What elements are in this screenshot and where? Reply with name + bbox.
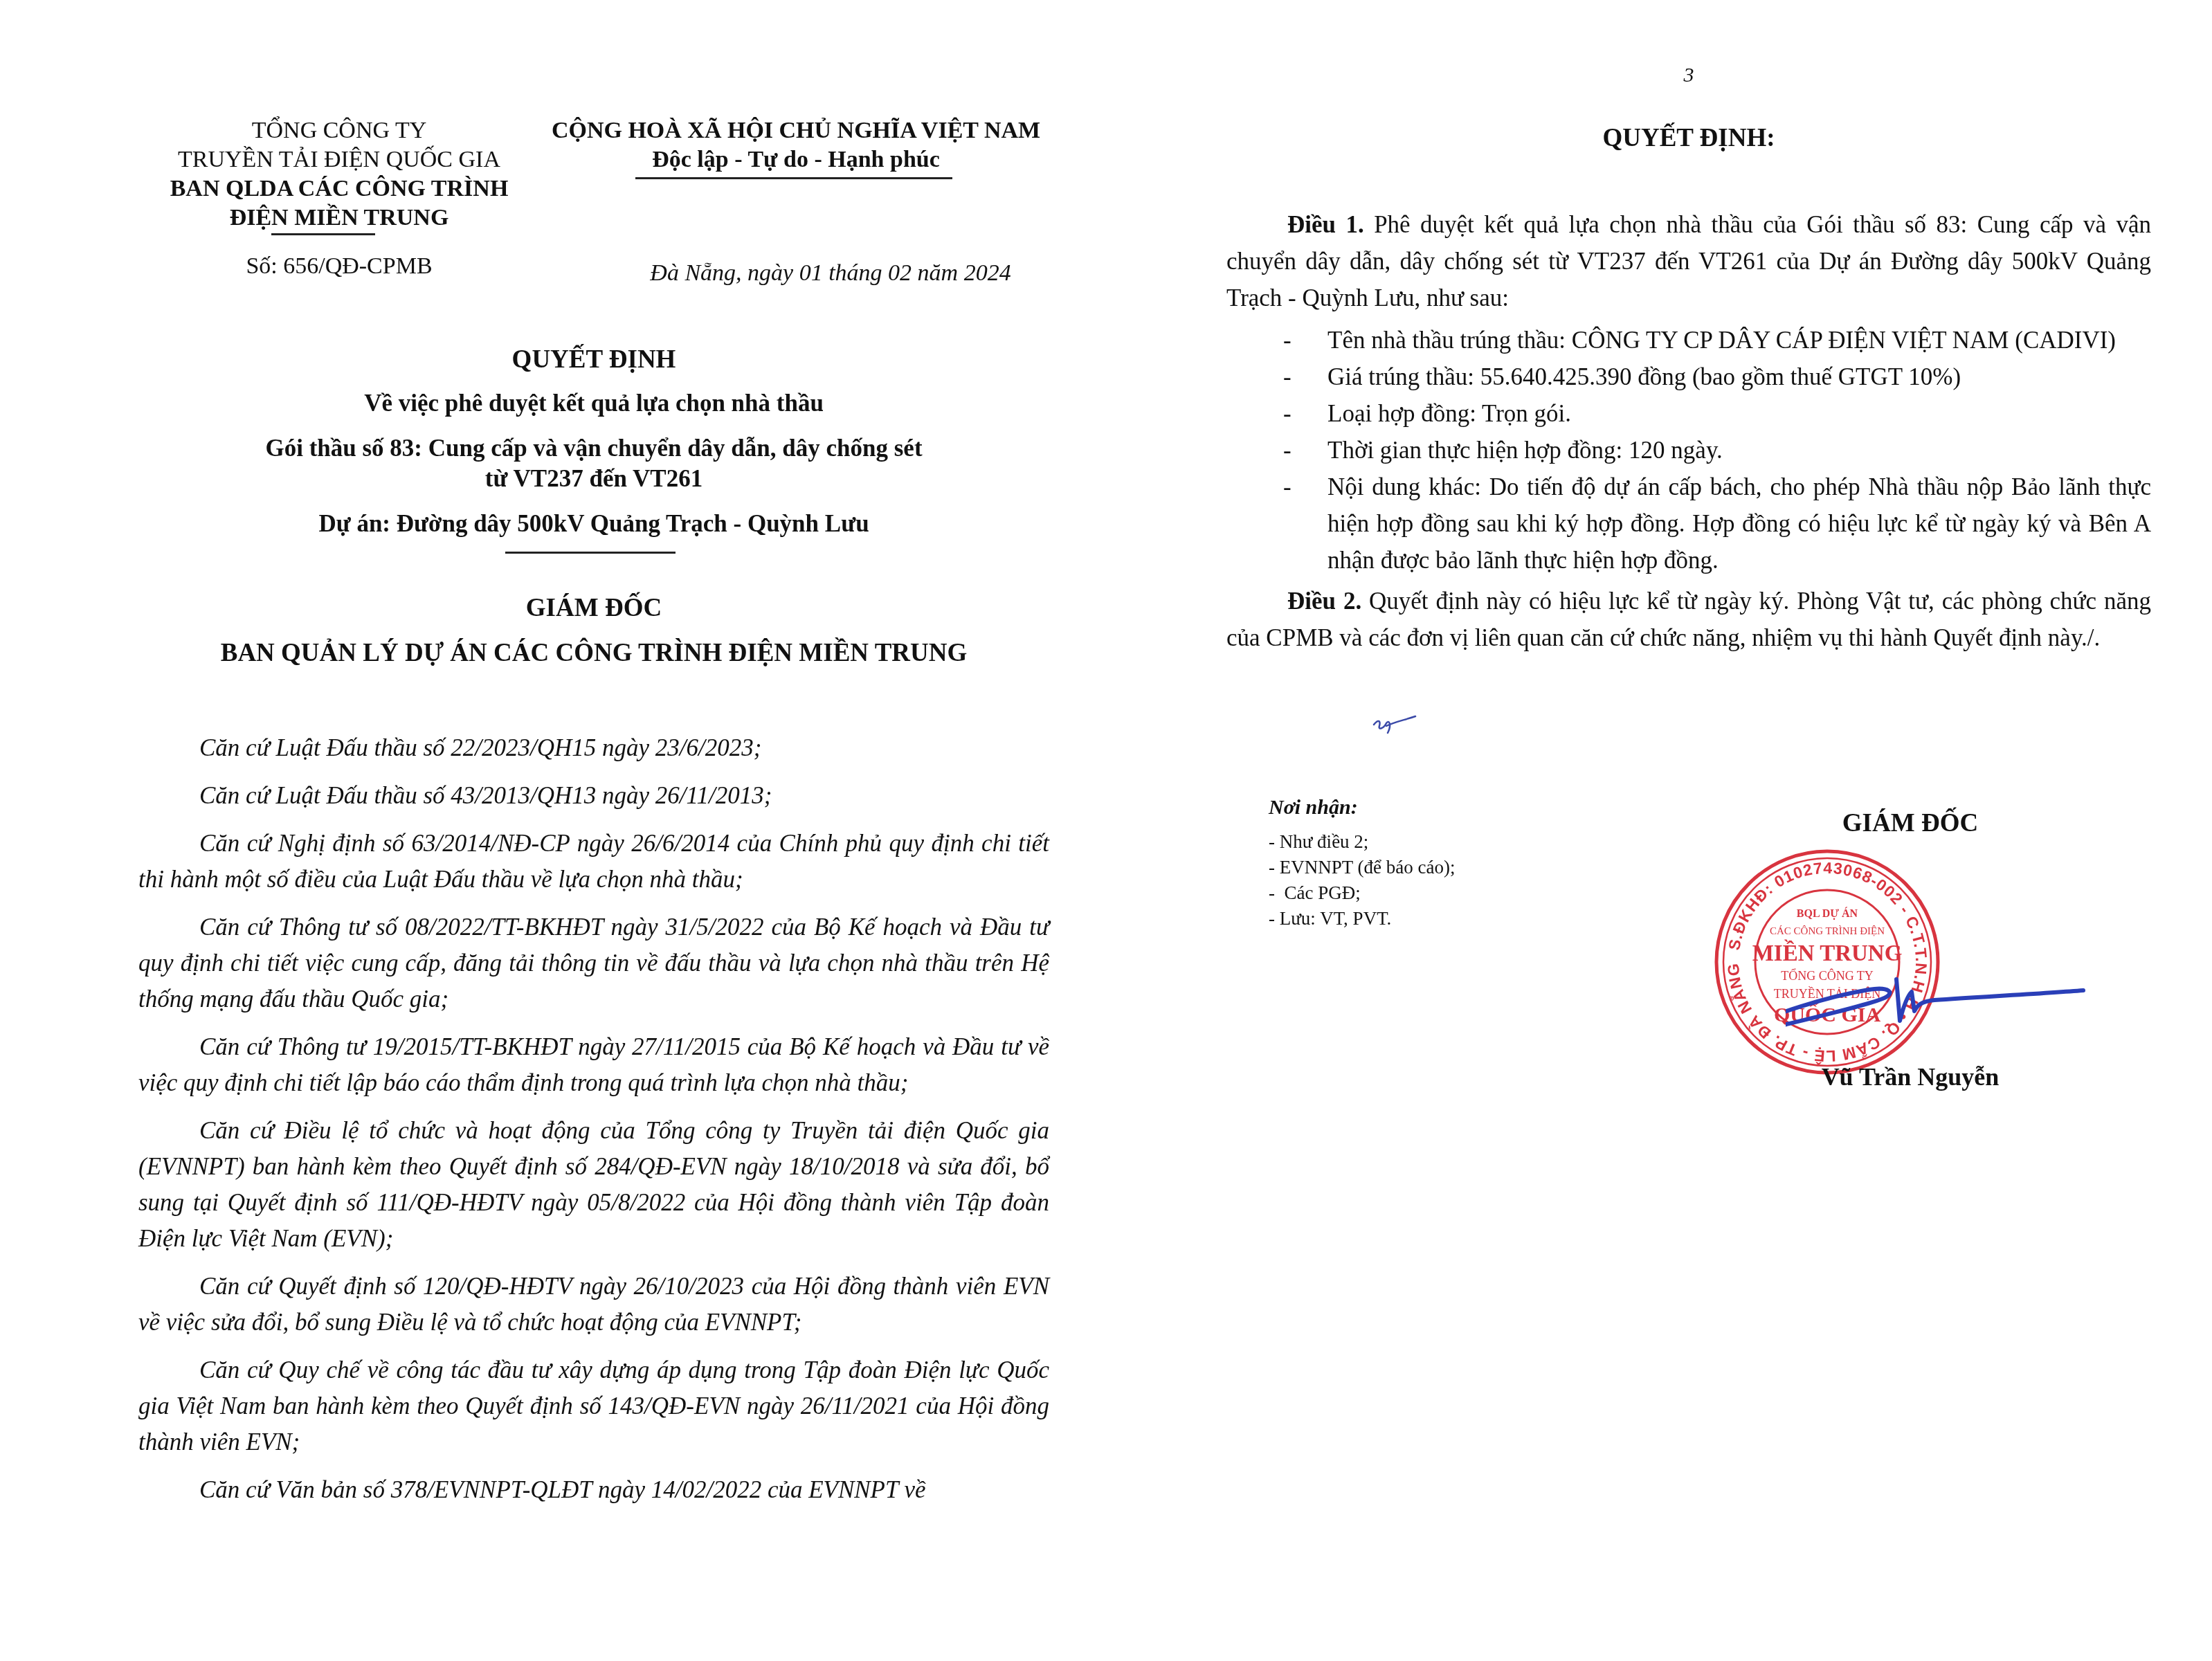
article-item-text: Tên nhà thầu trúng thầu: CÔNG TY CP DÂY … [1327,327,2116,354]
stamp-line-1: BQL DỰ ÁN [1797,907,1858,920]
article-item-text: Thời gian thực hiện hợp đồng: 120 ngày. [1327,437,1723,464]
article-item-duration: -Thời gian thực hiện hợp đồng: 120 ngày. [1226,432,2151,469]
authority-title: GIÁM ĐỐC [138,593,1049,623]
article-2-text: Quyết định này có hiệu lực kể từ ngày ký… [1226,588,2151,651]
legal-basis-item: Căn cứ Luật Đấu thầu số 22/2023/QH15 ngà… [138,730,1049,766]
signer-title: GIÁM ĐỐC [1772,808,2049,838]
document-date: Đà Nẵng, ngày 01 tháng 02 năm 2024 [581,260,1080,287]
decision-title: QUYẾT ĐỊNH [138,345,1049,374]
issuer-underline [271,233,375,235]
authority-org: BAN QUẢN LÝ DỰ ÁN CÁC CÔNG TRÌNH ĐIỆN MI… [138,638,1049,668]
recipient-item: - Lưu: VT, PVT. [1269,906,1656,932]
national-motto-line-2: Độc lập - Tự do - Hạnh phúc [526,145,1066,174]
document-number: Số: 656/QĐ-CPMB [149,253,529,280]
article-1-label: Điều 1. [1287,211,1364,238]
recipients-block: Nơi nhận: - Như điều 2; - EVNNPT (để báo… [1269,796,1656,932]
issuer-line-1: TỔNG CÔNG TY [149,116,529,145]
recipient-item: - EVNNPT (để báo cáo); [1269,855,1656,880]
issuer-line-3: BAN QLDA CÁC CÔNG TRÌNH [149,174,529,203]
article-item-text: Loại hợp đồng: Trọn gói. [1327,400,1571,427]
title-underline [505,552,676,554]
article-2: Điều 2. Quyết định này có hiệu lực kể từ… [1226,583,2151,656]
decision-subject: Về việc phê duyệt kết quả lựa chọn nhà t… [138,390,1049,417]
decision-heading: QUYẾT ĐỊNH: [1226,123,2151,153]
package-line-1: Gói thầu số 83: Cung cấp và vận chuyển d… [138,435,1049,462]
dash-marker-icon: - [1283,395,1291,432]
motto-underline [635,177,952,179]
handwritten-signature-icon [1786,965,2132,1049]
article-item-winner: -Tên nhà thầu trúng thầu: CÔNG TY CP DÂY… [1226,322,2151,358]
project-line: Dự án: Đường dây 500kV Quảng Trạch - Quỳ… [138,510,1049,538]
stamp-line-2: CÁC CÔNG TRÌNH ĐIỆN [1770,925,1885,937]
articles: Điều 1. Phê duyệt kết quả lựa chọn nhà t… [1226,206,2151,657]
recipient-item: - Như điều 2; [1269,829,1656,855]
national-motto-block: CỘNG HOÀ XÃ HỘI CHỦ NGHĨA VIỆT NAM Độc l… [526,116,1066,174]
article-item-price: -Giá trúng thầu: 55.640.425.390 đồng (ba… [1226,358,2151,395]
stamp-line-3: MIỀN TRUNG [1752,939,1903,966]
article-1-items: -Tên nhà thầu trúng thầu: CÔNG TY CP DÂY… [1226,322,2151,579]
dash-marker-icon: - [1283,469,1291,505]
dash-marker-icon: - [1283,322,1291,358]
article-1-text: Phê duyệt kết quả lựa chọn nhà thầu của … [1226,211,2151,311]
legal-basis-item: Căn cứ Luật Đấu thầu số 43/2013/QH13 ngà… [138,778,1049,814]
initials-mark-icon [1367,709,1429,744]
recipient-item: - Các PGĐ; [1269,880,1656,906]
legal-basis-item: Căn cứ Văn bản số 378/EVNNPT-QLĐT ngày 1… [138,1472,1049,1508]
article-item-contract-type: -Loại hợp đồng: Trọn gói. [1226,395,2151,432]
recipients-label: Nơi nhận: [1269,796,1656,819]
dash-marker-icon: - [1283,432,1291,469]
dash-marker-icon: - [1283,358,1291,395]
article-1: Điều 1. Phê duyệt kết quả lựa chọn nhà t… [1226,206,2151,316]
page-number: 3 [1647,64,1730,87]
article-2-label: Điều 2. [1287,588,1361,615]
legal-basis-list: Căn cứ Luật Đấu thầu số 22/2023/QH15 ngà… [138,730,1049,1520]
article-item-text: Giá trúng thầu: 55.640.425.390 đồng (bao… [1327,363,1961,390]
article-item-text: Nội dung khác: Do tiến độ dự án cấp bách… [1327,473,2151,574]
legal-basis-item: Căn cứ Thông tư số 08/2022/TT-BKHĐT ngày… [138,909,1049,1017]
legal-basis-item: Căn cứ Quy chế về công tác đầu tư xây dự… [138,1352,1049,1460]
legal-basis-item: Căn cứ Nghị định số 63/2014/NĐ-CP ngày 2… [138,826,1049,898]
issuer-line-2: TRUYỀN TẢI ĐIỆN QUỐC GIA [149,145,529,174]
national-motto-line-1: CỘNG HOÀ XÃ HỘI CHỦ NGHĨA VIỆT NAM [526,116,1066,145]
legal-basis-item: Căn cứ Điều lệ tổ chức và hoạt động của … [138,1113,1049,1257]
package-line-2: từ VT237 đến VT261 [138,465,1049,493]
article-item-other: -Nội dung khác: Do tiến độ dự án cấp bác… [1226,469,2151,579]
legal-basis-item: Căn cứ Thông tư 19/2015/TT-BKHĐT ngày 27… [138,1029,1049,1101]
issuer-block: TỔNG CÔNG TY TRUYỀN TẢI ĐIỆN QUỐC GIA BA… [149,116,529,233]
signer-name: Vũ Trần Nguyễn [1772,1062,2049,1091]
legal-basis-item: Căn cứ Quyết định số 120/QĐ-HĐTV ngày 26… [138,1269,1049,1341]
issuer-line-4: ĐIỆN MIỀN TRUNG [149,203,529,233]
